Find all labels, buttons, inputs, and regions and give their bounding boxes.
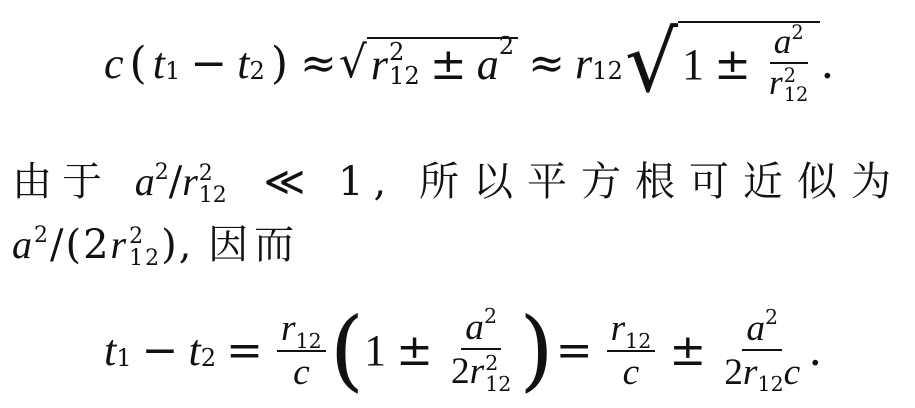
number-two: 2: [83, 222, 110, 268]
paragraph-line-1: 由于 a2/r212 ≪ 1, 所以平方根可近似为 1 ±: [12, 150, 915, 207]
sub-2: 2: [249, 57, 264, 85]
text-yiner: 因而: [208, 222, 300, 268]
var-c: c: [784, 352, 801, 393]
sub-12: 12: [757, 372, 783, 396]
equals-sign: =: [226, 325, 263, 376]
approx-sign: ≈: [300, 38, 337, 89]
pm-sign: ±: [714, 39, 751, 90]
number-one: 1: [682, 39, 704, 90]
much-less-sign: ≪: [264, 159, 316, 205]
var-r: r: [281, 308, 296, 349]
sup-2: 2: [765, 305, 778, 329]
equation-2: t1 − t2 = r12 c ( 1 ± a2 2r212 ) = r12 c…: [104, 300, 822, 400]
var-r: r: [470, 351, 485, 392]
pm-sign: ±: [669, 325, 706, 376]
fraction-r12-over-c: r12 c: [607, 307, 656, 392]
text-body: 所以平方根可近似为: [419, 159, 905, 205]
var-a: a: [465, 307, 484, 348]
r-supsub: 212: [129, 226, 161, 270]
r-supsub: 212: [485, 353, 511, 394]
r-supsub: 212: [199, 163, 227, 207]
slash-paren: /(: [50, 222, 83, 268]
sup-2: 2: [34, 223, 50, 248]
var-r: r: [611, 308, 626, 349]
sub-12: 12: [592, 57, 623, 85]
sub-12: 12: [389, 64, 420, 88]
number-one: 1: [364, 325, 386, 376]
sub-12: 12: [296, 329, 322, 353]
sub-12: 12: [129, 248, 161, 270]
sub-12: 12: [485, 374, 511, 395]
numerator: a2: [770, 23, 808, 64]
fraction-r12-over-c: r12 c: [277, 307, 326, 392]
sub-12: 12: [625, 329, 651, 353]
denominator: 2r12c: [720, 351, 804, 393]
var-c: c: [104, 38, 124, 89]
period: .: [820, 38, 834, 89]
sup-2: 2: [791, 21, 803, 44]
var-r: r: [575, 38, 592, 89]
number-two: 2: [724, 352, 743, 393]
sup-2: 2: [485, 353, 511, 374]
fraction-a2-over-2r2: a2 2r212: [447, 306, 515, 394]
sup-2: 2: [484, 304, 497, 328]
denominator: 2r212: [447, 350, 515, 394]
numerator: r12: [277, 307, 326, 351]
minus-sign: −: [142, 325, 179, 376]
numerator: r12: [607, 307, 656, 351]
denominator: c: [289, 352, 314, 393]
var-a: a: [746, 308, 765, 349]
close-paren-comma: ),: [161, 222, 193, 268]
var-r: r: [182, 159, 198, 204]
var-r: r: [371, 39, 388, 90]
paren-close: ): [519, 306, 553, 394]
denominator: r212: [765, 64, 812, 104]
sup-2: 2: [129, 226, 161, 248]
numerator: a2: [742, 307, 782, 351]
minus-sign: −: [190, 38, 227, 89]
radical-icon: √: [625, 21, 678, 105]
r-supsub: 212: [784, 66, 809, 105]
var-a: a: [135, 159, 155, 204]
text-youyu: 由于: [12, 159, 112, 205]
sqrt-1-body: r 212 ± a2: [367, 37, 518, 90]
approx-sign: ≈: [528, 38, 565, 89]
radical-icon: √: [339, 37, 367, 90]
var-a: a: [477, 39, 499, 90]
r-supsub: 212: [389, 40, 420, 88]
denominator: c: [619, 352, 644, 393]
var-r: r: [769, 63, 783, 102]
var-t2: t: [237, 38, 249, 89]
paren-close: ): [271, 38, 288, 89]
number-one: 1,: [338, 159, 396, 205]
paren-open: (: [130, 38, 147, 89]
sup-2: 2: [499, 32, 514, 60]
sub-2: 2: [201, 344, 216, 372]
equation-1: c ( t1 − t2 ) ≈ √ r 212 ± a2 ≈ r12 √ 1 ±…: [104, 18, 834, 108]
sup-2: 2: [389, 40, 420, 64]
fraction: a2 r212: [765, 23, 812, 104]
sup-2: 2: [199, 163, 227, 185]
pm-sign: ±: [396, 325, 433, 376]
sub-1: 1: [165, 57, 180, 85]
var-t2: t: [189, 325, 201, 376]
period: .: [808, 325, 822, 376]
numerator: a2: [461, 306, 501, 350]
sub-12: 12: [199, 185, 227, 207]
paren-open: (: [330, 306, 364, 394]
fraction-a2-over-2r12c: a2 2r12c: [720, 307, 804, 393]
var-t1: t: [104, 325, 116, 376]
number-two: 2: [451, 351, 470, 392]
var-t1: t: [153, 38, 165, 89]
sqrt-2-body: 1 ± a2 r212: [678, 21, 820, 105]
sqrt-2: √ 1 ± a2 r212: [625, 21, 821, 105]
equals-sign: =: [556, 325, 593, 376]
var-a: a: [12, 222, 34, 267]
sub-12: 12: [784, 85, 809, 104]
slash: /: [169, 159, 182, 205]
var-a: a: [774, 22, 792, 61]
var-r: r: [743, 352, 758, 393]
sub-1: 1: [116, 344, 131, 372]
sqrt-1: √ r 212 ± a2: [339, 37, 518, 90]
var-r: r: [111, 222, 129, 267]
sup-2: 2: [155, 160, 169, 185]
pm-sign: ±: [430, 39, 467, 90]
paragraph-line-2: a2/(2r212), 因而: [12, 213, 300, 270]
